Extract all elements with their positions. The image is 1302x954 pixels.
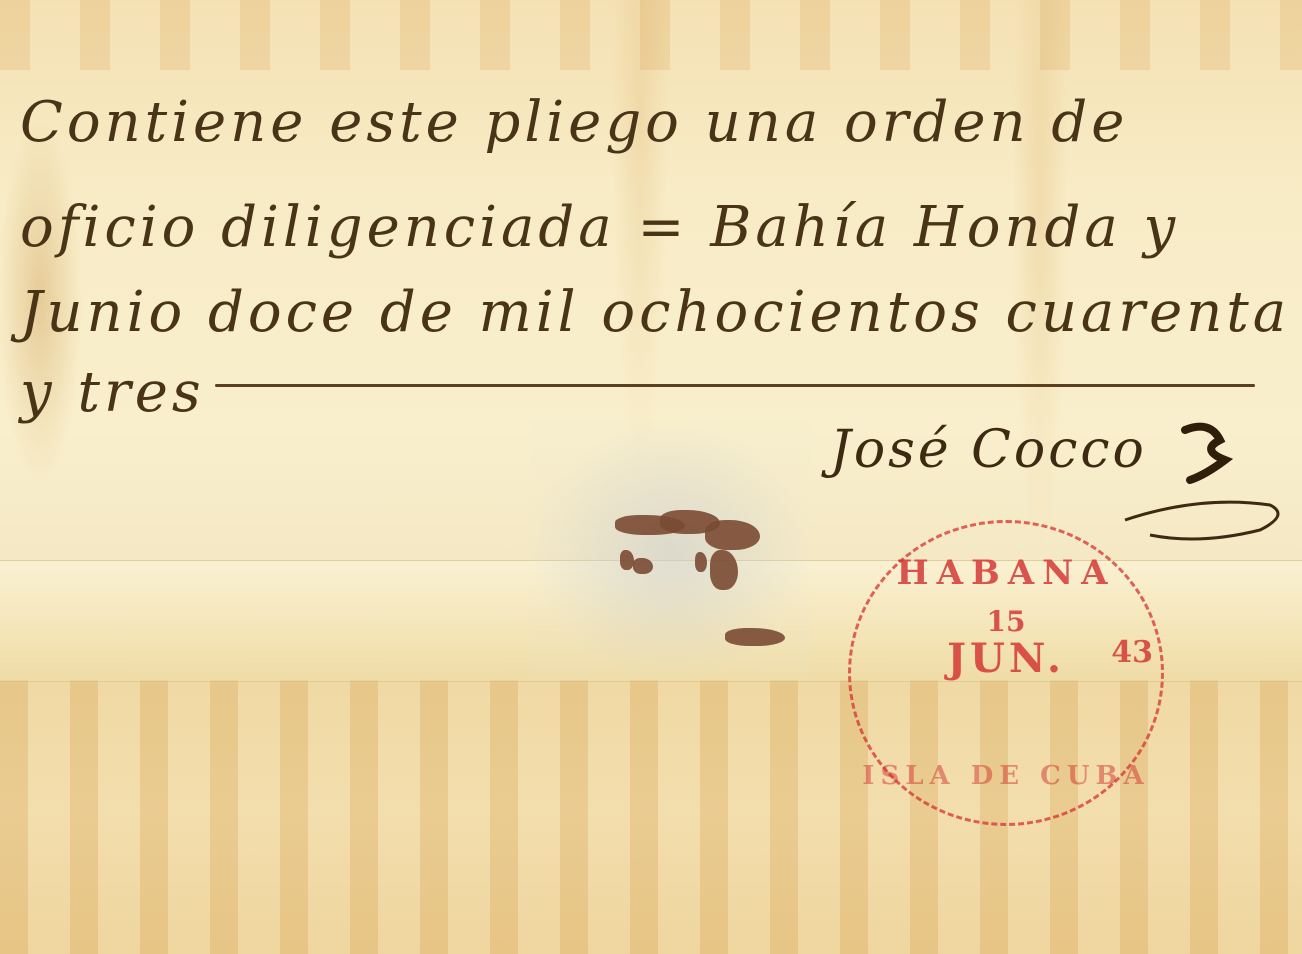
signature-flourish-icon [1120,490,1290,550]
postmark-year: 43 [1111,635,1153,670]
postmark-day: 15 [851,605,1161,638]
signature: José Cocco [830,420,1147,480]
postmark-city: HABANA [851,553,1161,593]
manuscript-line-1: Contiene este pliego una orden de [20,90,1128,155]
closing-rule-line [215,384,1255,387]
manuscript-line-3: Junio doce de mil ochocientos cuarenta [20,280,1290,345]
stain-stripes-top [0,0,1302,70]
wax-seal-remnant [530,420,810,680]
rubric-flourish-icon [1170,420,1240,490]
manuscript-line-4: y tres [20,360,205,425]
postmark-region: ISLA DE CUBA [851,761,1161,791]
postmark-habana: HABANA 15 JUN. 43 ISLA DE CUBA [848,520,1164,826]
document-sheet: Contiene este pliego una orden de oficio… [0,0,1302,954]
manuscript-line-2: oficio diligenciada = Bahía Honda y [20,195,1179,260]
